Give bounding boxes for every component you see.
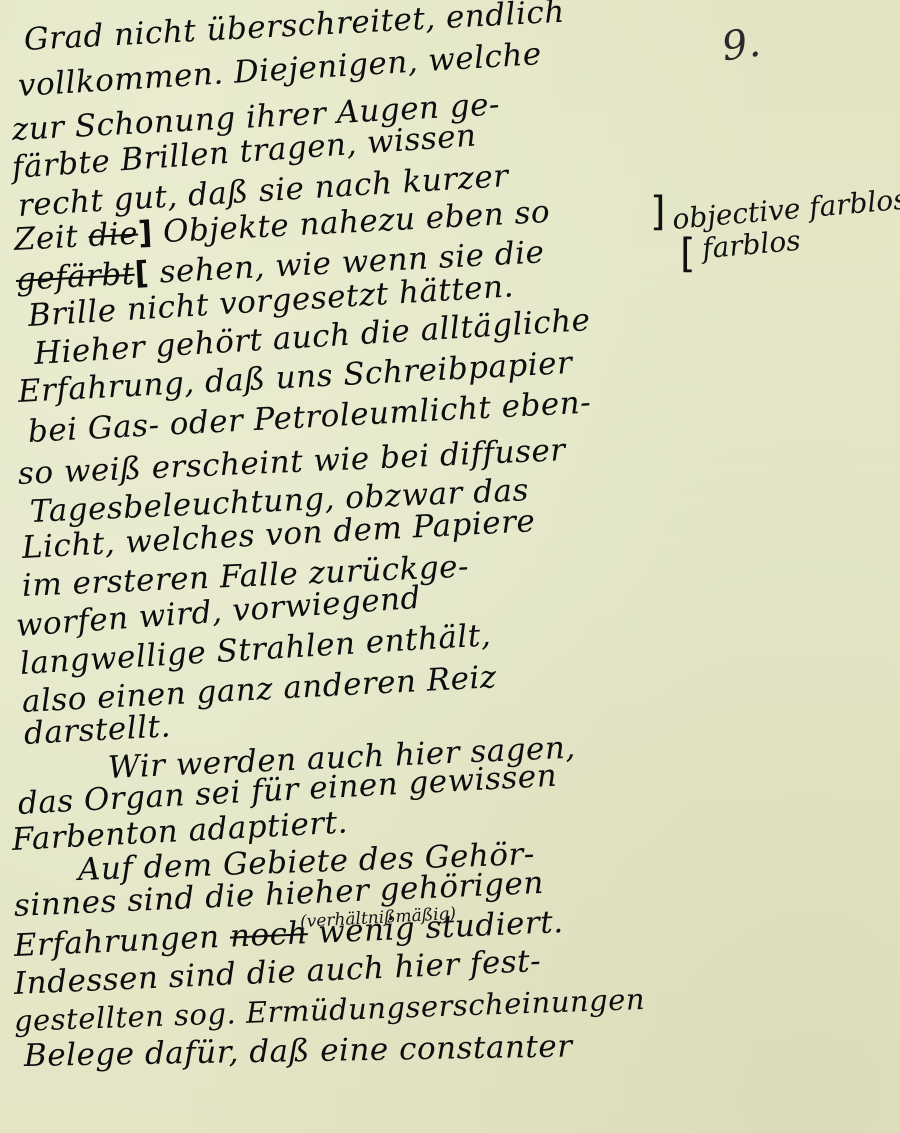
margin-bracket: [ [680, 234, 696, 274]
page-number: 9. [719, 20, 763, 71]
margin-bracket: ] [650, 192, 666, 232]
struck-word: noch [229, 915, 308, 954]
line-text: darstellt. [23, 708, 172, 752]
struck-word: die [88, 216, 139, 255]
line-text: Belege dafür, daß eine constanter [24, 1028, 573, 1074]
manuscript-line: darstellt. [23, 708, 172, 752]
manuscript-line: Belege dafür, daß eine constanter [24, 1028, 573, 1074]
manuscript-page: 9. Grad nicht überschreitet, endlich vol… [0, 0, 900, 1133]
margin-note: farblos [701, 224, 802, 265]
line-text: Zeit [13, 218, 89, 258]
